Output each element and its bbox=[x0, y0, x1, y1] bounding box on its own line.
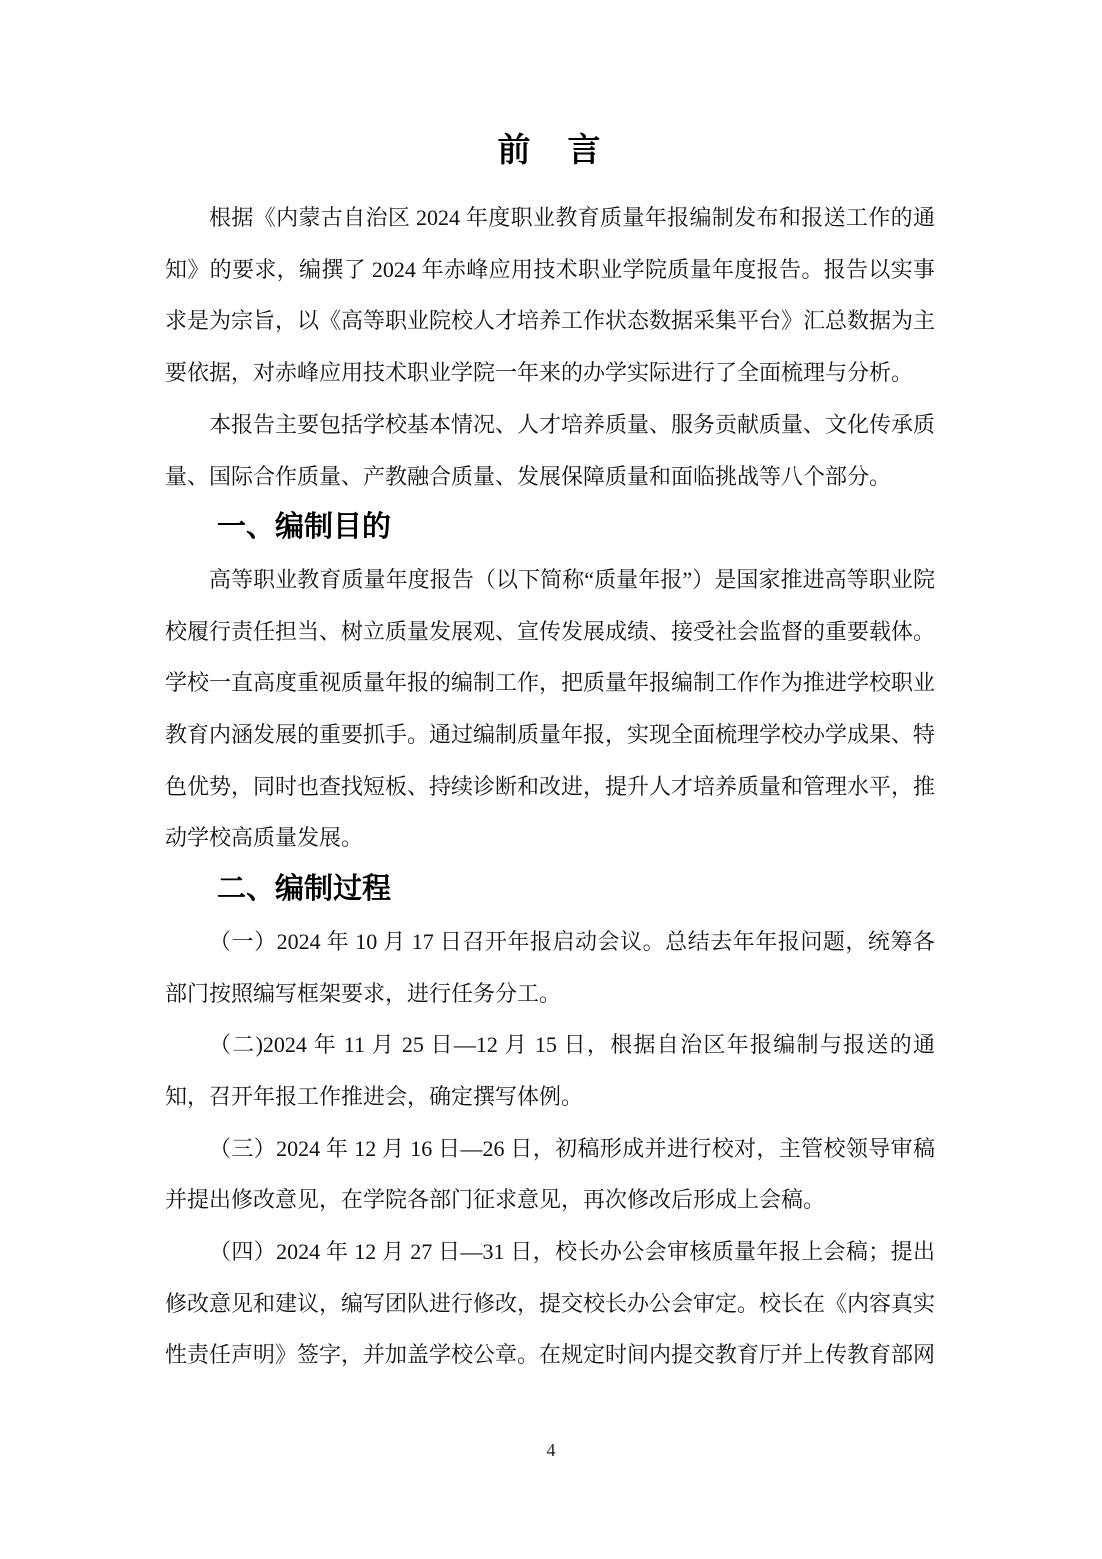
paragraph-report-parts: 本报告主要包括学校基本情况、人才培养质量、服务贡献质量、文化传承质量、国际合作质… bbox=[165, 399, 935, 502]
section-heading-compilation-purpose: 一、编制目的 bbox=[165, 502, 935, 554]
paragraph-process-step-4: （四）2024 年 12 月 27 日—31 日，校长办公会审核质量年报上会稿；… bbox=[165, 1226, 935, 1381]
paragraph-purpose-body: 高等职业教育质量年度报告（以下简称“质量年报”）是国家推进高等职业院校履行责任担… bbox=[165, 554, 935, 864]
paragraph-process-step-1: （一）2024 年 10 月 17 日召开年报启动会议。总结去年年报问题，统筹各… bbox=[165, 916, 935, 1019]
page-number: 4 bbox=[0, 1438, 1102, 1462]
page-title: 前 言 bbox=[165, 125, 935, 175]
paragraph-intro-basis: 根据《内蒙古自治区 2024 年度职业教育质量年报编制发布和报送工作的通知》的要… bbox=[165, 192, 935, 399]
paragraph-process-step-3: （三）2024 年 12 月 16 日—26 日，初稿形成并进行校对，主管校领导… bbox=[165, 1123, 935, 1226]
section-heading-compilation-process: 二、编制过程 bbox=[165, 864, 935, 916]
paragraph-process-step-2: （二)2024 年 11 月 25 日—12 月 15 日，根据自治区年报编制与… bbox=[165, 1019, 935, 1122]
document-page: 前 言 根据《内蒙古自治区 2024 年度职业教育质量年报编制发布和报送工作的通… bbox=[0, 0, 1102, 1559]
